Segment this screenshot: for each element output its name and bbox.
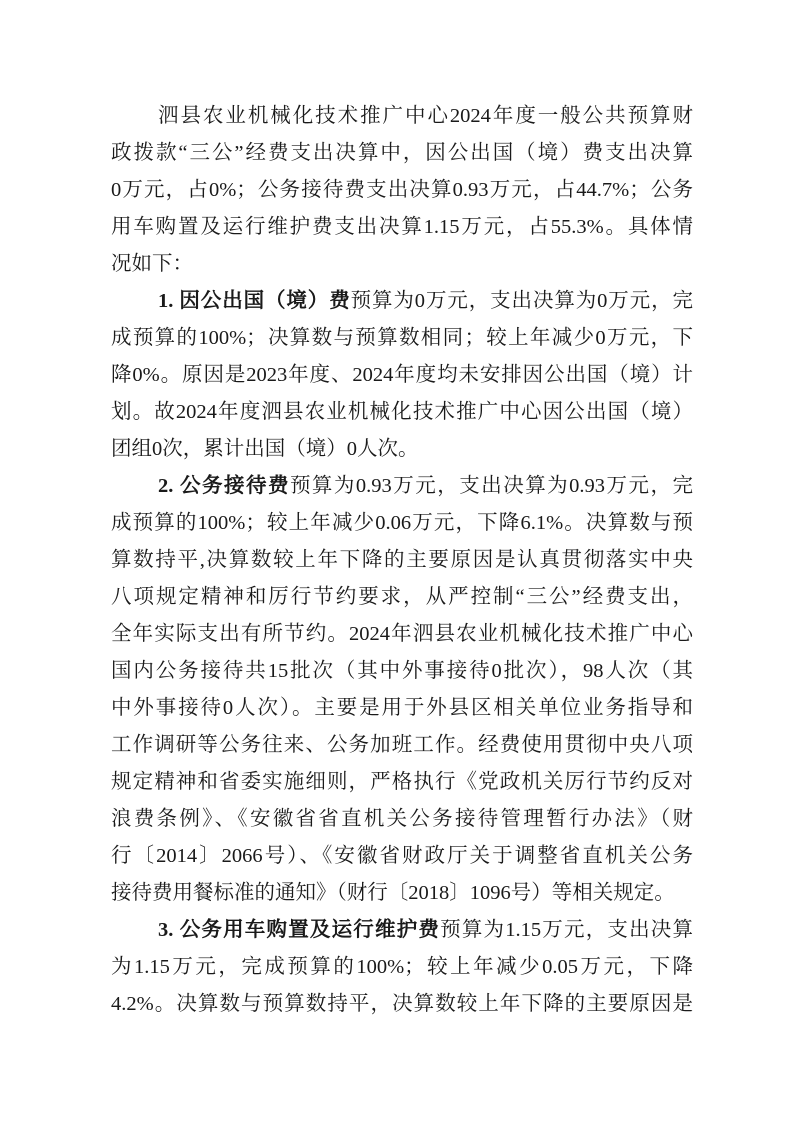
text-line: 降0%。原因是2023年度、2024年度均未安排因公出国（境）计 <box>111 357 693 394</box>
text-line: 况如下： <box>111 246 693 283</box>
text-run: 浪费条例》、《安徽省省直机关公务接待管理暂行办法》（财 <box>111 808 693 830</box>
document-body: 泗县农业机械化技术推广中心2024年度一般公共预算财政拨款“三公”经费支出决算中… <box>111 98 693 1023</box>
bold-text-run: 1. 因公出国（境）费 <box>158 290 351 312</box>
text-run: 预算为1.15万元，支出决算 <box>440 919 693 941</box>
text-line: 规定精神和省委实施细则，严格执行《党政机关厉行节约反对 <box>111 764 693 801</box>
text-run: 降0%。原因是2023年度、2024年度均未安排因公出国（境）计 <box>111 364 693 386</box>
text-run: 用车购置及运行维护费支出决算1.15万元，占55.3%。具体情 <box>111 216 693 238</box>
text-line: 算数持平,决算数较上年下降的主要原因是认真贯彻落实中央 <box>111 542 693 579</box>
text-run: 划。故2024年度泗县农业机械化技术推广中心因公出国（境） <box>111 401 693 423</box>
text-run: 算数持平,决算数较上年下降的主要原因是认真贯彻落实中央 <box>111 549 693 571</box>
paragraph-4: 3. 公务用车购置及运行维护费预算为1.15万元，支出决算为1.15万元，完成预… <box>111 912 693 1023</box>
paragraph-1: 泗县农业机械化技术推广中心2024年度一般公共预算财政拨款“三公”经费支出决算中… <box>111 98 693 283</box>
text-line: 4.2%。决算数与预算数持平，决算数较上年下降的主要原因是 <box>111 986 693 1023</box>
text-line: 浪费条例》、《安徽省省直机关公务接待管理暂行办法》（财 <box>111 801 693 838</box>
text-line: 用车购置及运行维护费支出决算1.15万元，占55.3%。具体情 <box>111 209 693 246</box>
text-run: 泗县农业机械化技术推广中心2024年度一般公共预算财 <box>158 105 693 127</box>
text-line: 泗县农业机械化技术推广中心2024年度一般公共预算财 <box>111 98 693 135</box>
text-run: 政拨款“三公”经费支出决算中，因公出国（境）费支出决算 <box>111 142 693 164</box>
text-run: 成预算的100%；较上年减少0.06万元，下降6.1%。决算数与预 <box>111 512 693 534</box>
text-run: 八项规定精神和厉行节约要求，从严控制“三公”经费支出， <box>111 586 693 608</box>
text-run: 工作调研等公务往来、公务加班工作。经费使用贯彻中央八项 <box>111 734 693 756</box>
text-line: 2. 公务接待费预算为0.93万元，支出决算为0.93万元，完 <box>111 468 693 505</box>
text-run: 全年实际支出有所节约。2024年泗县农业机械化技术推广中心 <box>111 623 693 645</box>
bold-text-run: 3. 公务用车购置及运行维护费 <box>158 919 440 941</box>
text-line: 3. 公务用车购置及运行维护费预算为1.15万元，支出决算 <box>111 912 693 949</box>
text-line: 团组0次，累计出国（境）0人次。 <box>111 431 693 468</box>
paragraph-2: 1. 因公出国（境）费预算为0万元，支出决算为0万元，完成预算的100%；决算数… <box>111 283 693 468</box>
text-line: 工作调研等公务往来、公务加班工作。经费使用贯彻中央八项 <box>111 727 693 764</box>
text-run: 预算为0万元，支出决算为0万元，完 <box>351 290 693 312</box>
text-line: 接待费用餐标准的通知》（财行〔2018〕1096号）等相关规定。 <box>111 875 693 912</box>
text-run: 国内公务接待共15批次（其中外事接待0批次），98人次（其 <box>111 660 693 682</box>
text-line: 成预算的100%；决算数与预算数相同；较上年减少0万元，下 <box>111 320 693 357</box>
text-line: 划。故2024年度泗县农业机械化技术推广中心因公出国（境） <box>111 394 693 431</box>
text-line: 0万元，占0%；公务接待费支出决算0.93万元，占44.7%；公务 <box>111 172 693 209</box>
text-run: 为1.15万元，完成预算的100%；较上年减少0.05万元，下降 <box>111 956 693 978</box>
text-line: 为1.15万元，完成预算的100%；较上年减少0.05万元，下降 <box>111 949 693 986</box>
text-line: 行〔2014〕2066号）、《安徽省财政厅关于调整省直机关公务 <box>111 838 693 875</box>
text-run: 0万元，占0%；公务接待费支出决算0.93万元，占44.7%；公务 <box>111 179 693 201</box>
text-line: 中外事接待0人次）。主要是用于外县区相关单位业务指导和 <box>111 690 693 727</box>
text-run: 规定精神和省委实施细则，严格执行《党政机关厉行节约反对 <box>111 771 693 793</box>
text-run: 成预算的100%；决算数与预算数相同；较上年减少0万元，下 <box>111 327 693 349</box>
text-line: 八项规定精神和厉行节约要求，从严控制“三公”经费支出， <box>111 579 693 616</box>
text-run: 中外事接待0人次）。主要是用于外县区相关单位业务指导和 <box>111 697 693 719</box>
text-run: 接待费用餐标准的通知》（财行〔2018〕1096号）等相关规定。 <box>111 882 675 904</box>
text-line: 成预算的100%；较上年减少0.06万元，下降6.1%。决算数与预 <box>111 505 693 542</box>
text-run: 行〔2014〕2066号）、《安徽省财政厅关于调整省直机关公务 <box>111 845 693 867</box>
text-line: 1. 因公出国（境）费预算为0万元，支出决算为0万元，完 <box>111 283 693 320</box>
text-line: 全年实际支出有所节约。2024年泗县农业机械化技术推广中心 <box>111 616 693 653</box>
paragraph-3: 2. 公务接待费预算为0.93万元，支出决算为0.93万元，完成预算的100%；… <box>111 468 693 912</box>
document-page: 泗县农业机械化技术推广中心2024年度一般公共预算财政拨款“三公”经费支出决算中… <box>0 0 794 1122</box>
text-run: 况如下： <box>111 253 193 275</box>
text-run: 团组0次，累计出国（境）0人次。 <box>111 438 419 460</box>
text-line: 政拨款“三公”经费支出决算中，因公出国（境）费支出决算 <box>111 135 693 172</box>
text-run: 4.2%。决算数与预算数持平，决算数较上年下降的主要原因是 <box>111 993 693 1015</box>
bold-text-run: 2. 公务接待费 <box>158 475 290 497</box>
text-line: 国内公务接待共15批次（其中外事接待0批次），98人次（其 <box>111 653 693 690</box>
text-run: 预算为0.93万元，支出决算为0.93万元，完 <box>290 475 693 497</box>
